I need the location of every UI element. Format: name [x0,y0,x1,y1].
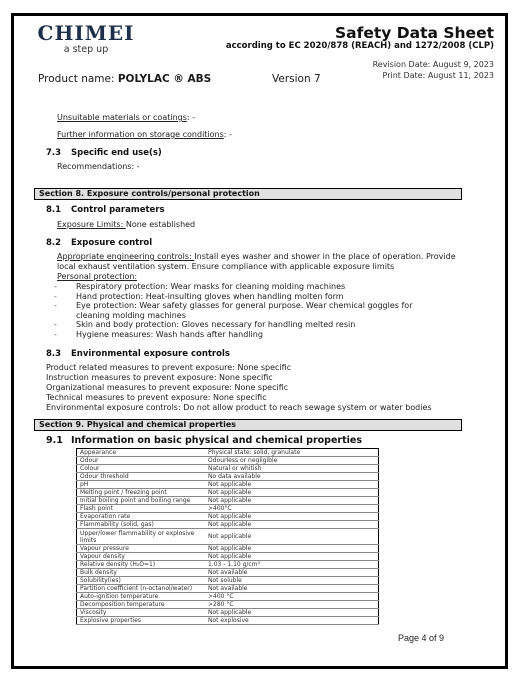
environmental-controls: Product related measures to prevent expo… [46,363,432,413]
table-row: Vapour densityNot applicable [77,553,379,561]
company-logo: CHIMEI a step up [36,22,136,55]
heading-8-3: 8.3Environmental exposure controls [46,349,230,359]
table-row: AppearancePhysical state: solid, granula… [77,449,379,457]
unsuitable-value: : - [187,113,195,122]
exposure-limits: Exposure Limits: None established [57,220,195,230]
property-value: >400°C [205,505,379,513]
further-value: : - [224,130,232,139]
table-row: pHNot applicable [77,481,379,489]
table-row: Solubility(ies)Not soluble [77,577,379,585]
property-value: Not applicable [205,609,379,617]
list-item: Hygiene measures: Wash hands after handl… [49,330,446,340]
env-line: Technical measures to prevent exposure: … [46,393,432,403]
revision-date: Revision Date: August 9, 2023 [373,59,494,70]
table-row: Odour thresholdNo data available [77,473,379,481]
env-line: Organizational measures to prevent expos… [46,383,432,393]
heading-8-2: 8.2Exposure control [46,238,152,248]
engineering-controls-cont: local exhaust ventilation system. Ensure… [57,262,394,272]
property-name: Explosive properties [77,617,206,625]
document-title: Safety Data Sheet [335,24,494,42]
property-name: Melting point / freezing point [77,489,206,497]
table-row: OdourOdourless or negligible [77,457,379,465]
property-name: Viscosity [77,609,206,617]
table-row: Decomposition temperature>280 °C [77,601,379,609]
property-value: 1.03 - 1.10 g/cm³ [205,561,379,569]
table-row: ColourNatural or whitish [77,465,379,473]
table-row: Upper/lower flammability or explosive li… [77,529,379,545]
unsuitable-label: Unsuitable materials or coatings [57,113,187,122]
property-value: Not soluble [205,577,379,585]
property-name: Solubility(ies) [77,577,206,585]
table-row: Vapour pressureNot applicable [77,545,379,553]
property-name: Vapour density [77,553,206,561]
document-dates: Revision Date: August 9, 2023 Print Date… [373,59,494,81]
property-name: Upper/lower flammability or explosive li… [77,529,206,545]
property-name: Auto-ignition temperature [77,593,206,601]
property-name: Odour [77,457,206,465]
table-row: Evaporation rateNot applicable [77,513,379,521]
list-item: Eye protection: Wear safety glasses for … [49,301,446,320]
property-value: Not applicable [205,545,379,553]
property-name: Appearance [77,449,206,457]
property-value: Not applicable [205,553,379,561]
table-row: Initial boiling point and boiling rangeN… [77,497,379,505]
engineering-controls: Appropriate engineering controls: Instal… [57,252,456,262]
product-label: Product name: [38,73,118,85]
exposure-limits-label: Exposure Limits: [57,220,126,229]
further-storage-info: Further information on storage condition… [57,130,232,140]
table-row: Flash point>400°C [77,505,379,513]
property-name: Flash point [77,505,206,513]
property-name: Vapour pressure [77,545,206,553]
property-value: Not available [205,585,379,593]
property-value: Natural or whitish [205,465,379,473]
recommendations: Recommendations: - [57,162,140,172]
page-number: Page 4 of 9 [398,633,444,643]
heading-9-1: 9.1Information on basic physical and che… [46,435,362,446]
property-name: Initial boiling point and boiling range [77,497,206,505]
property-value: Not applicable [205,497,379,505]
further-label: Further information on storage condition… [57,130,224,139]
document-subtitle: according to EC 2020/878 (REACH) and 127… [226,41,494,51]
env-line: Instruction measures to prevent exposure… [46,373,432,383]
personal-protection-label: Personal protection: [57,272,137,282]
table-row: Melting point / freezing pointNot applic… [77,489,379,497]
property-name: Flammability (solid, gas) [77,521,206,529]
property-name: Decomposition temperature [77,601,206,609]
list-item: Hand protection: Heat-insulting gloves w… [49,292,446,302]
product-name: Product name: POLYLAC ® ABS [38,73,211,85]
table-row: Flammability (solid, gas)Not applicable [77,521,379,529]
property-value: >400 °C [205,593,379,601]
unsuitable-materials: Unsuitable materials or coatings: - [57,113,195,123]
property-name: pH [77,481,206,489]
table-row: Bulk densityNot available [77,569,379,577]
list-item: Skin and body protection: Gloves necessa… [49,320,446,330]
logo-brand: CHIMEI [36,22,136,44]
product-value: POLYLAC ® ABS [118,73,211,85]
property-value: Not applicable [205,481,379,489]
table-row: Explosive propertiesNot explosive [77,617,379,625]
property-name: Partition coefficient (n-octanol/water) [77,585,206,593]
table-row: Auto-ignition temperature>400 °C [77,593,379,601]
env-line: Product related measures to prevent expo… [46,363,432,373]
property-value: Not available [205,569,379,577]
property-value: Not applicable [205,529,379,545]
property-value: Physical state: solid, granulate [205,449,379,457]
list-item: Respiratory protection: Wear masks for c… [49,282,446,292]
personal-protection-list: Respiratory protection: Wear masks for c… [49,282,446,340]
property-value: No data available [205,473,379,481]
property-name: Odour threshold [77,473,206,481]
heading-8-1: 8.1Control parameters [46,205,165,215]
section-8-header: Section 8. Exposure controls/personal pr… [34,188,462,200]
property-value: Not applicable [205,489,379,497]
logo-tagline: a step up [36,44,136,55]
print-date: Print Date: August 11, 2023 [373,70,494,81]
version: Version 7 [272,73,321,85]
table-row: ViscosityNot applicable [77,609,379,617]
section-9-header: Section 9. Physical and chemical propert… [34,419,462,431]
property-value: Not explosive [205,617,379,625]
env-line: Environmental exposure controls: Do not … [46,403,432,413]
property-name: Colour [77,465,206,473]
property-value: >280 °C [205,601,379,609]
property-name: Relative density (H₂O=1) [77,561,206,569]
property-value: Odourless or negligible [205,457,379,465]
property-value: Not applicable [205,513,379,521]
table-row: Relative density (H₂O=1)1.03 - 1.10 g/cm… [77,561,379,569]
properties-table: AppearancePhysical state: solid, granula… [76,448,379,625]
exposure-limits-value: None established [126,220,195,229]
heading-7-3: 7.3Specific end use(s) [46,148,162,158]
engineering-controls-label: Appropriate engineering controls: [57,252,194,261]
table-row: Partition coefficient (n-octanol/water)N… [77,585,379,593]
property-name: Evaporation rate [77,513,206,521]
property-name: Bulk density [77,569,206,577]
property-value: Not applicable [205,521,379,529]
